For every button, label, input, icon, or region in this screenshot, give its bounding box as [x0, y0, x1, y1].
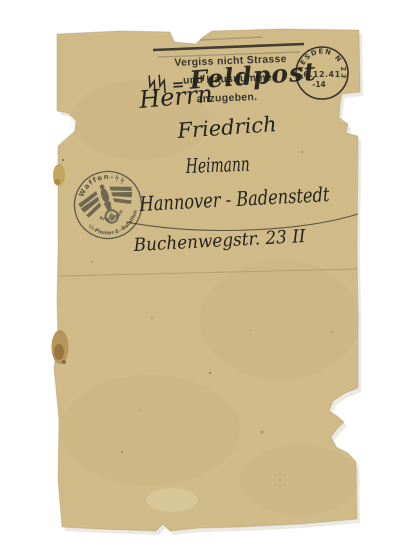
address-last-name: Heimann: [185, 152, 250, 178]
postmark-date: 6.12.41: [303, 70, 340, 79]
bottom-light-patch: [146, 488, 198, 512]
postmark-time: -14: [312, 80, 326, 89]
photo-stage: Vergiss nicht Strasse und Hausnummer anz…: [0, 0, 416, 555]
envelope-photo: Vergiss nicht Strasse und Hausnummer anz…: [0, 0, 416, 555]
